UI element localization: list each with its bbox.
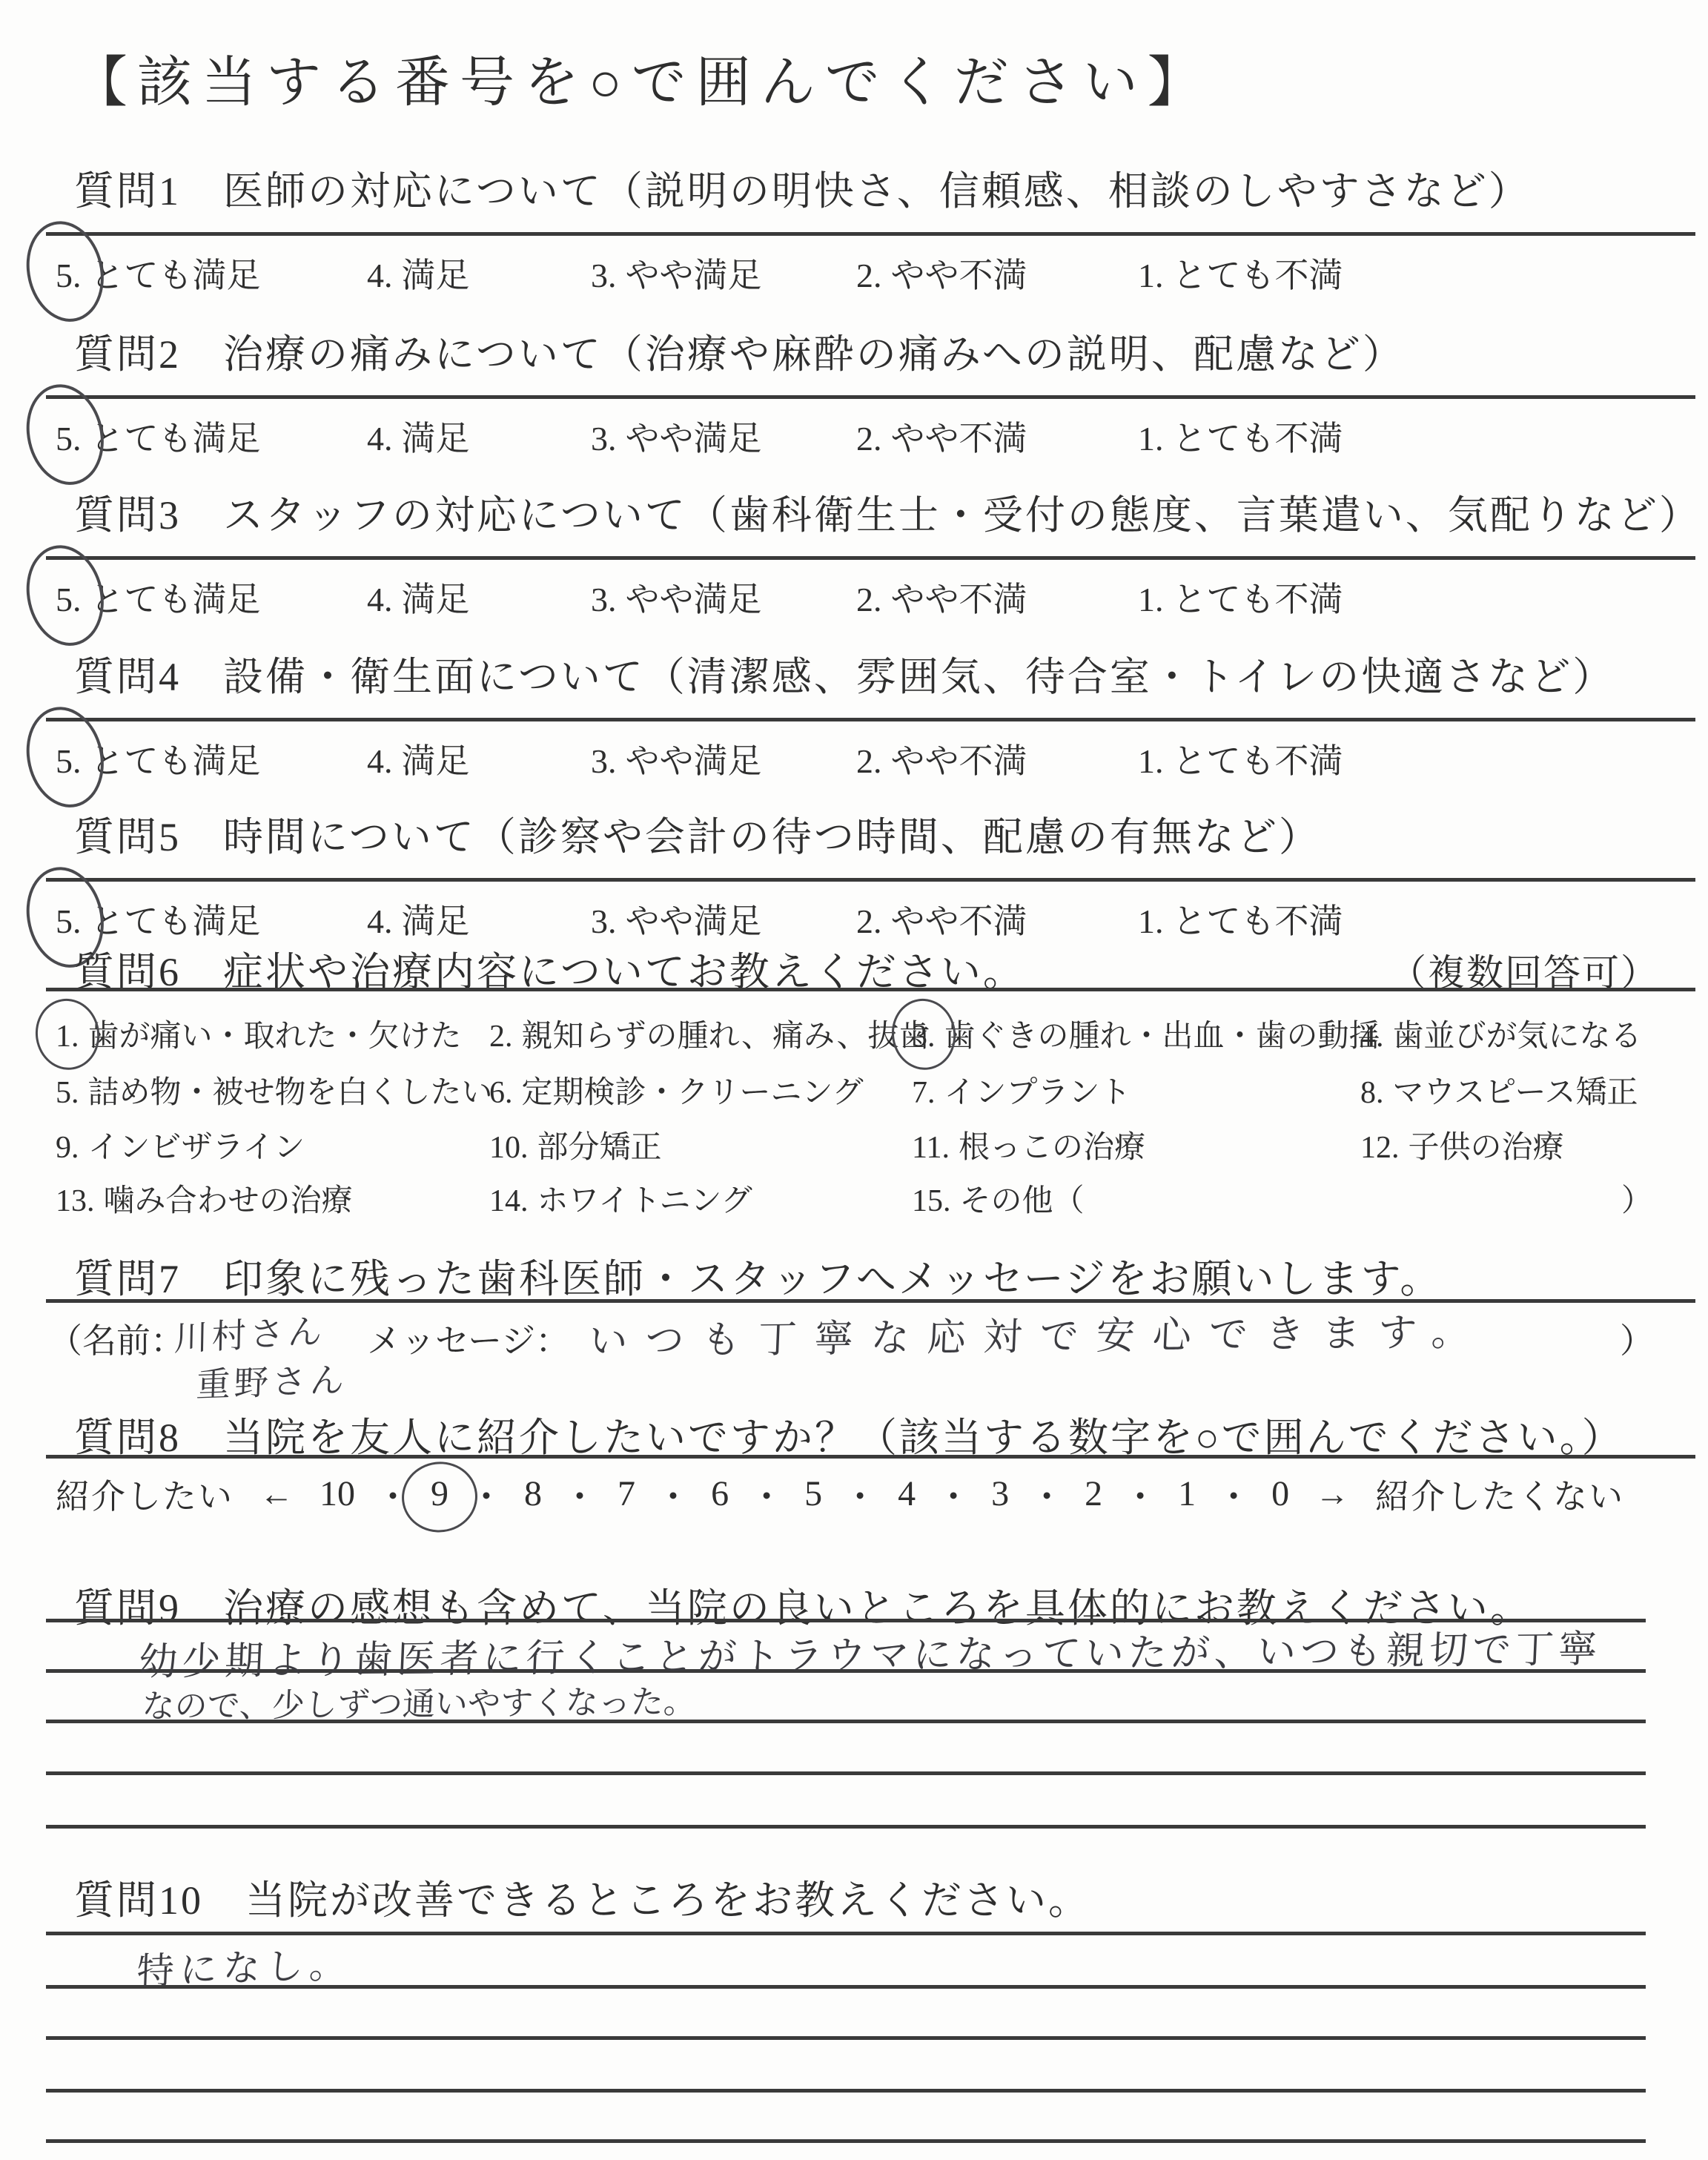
item-label: インプラント [944, 1076, 1131, 1110]
option-label: やや満足 [626, 257, 762, 294]
rating-option: 5.とても満足 [56, 894, 261, 943]
question-4-block: 質問4 設備・衛生面について（清潔感、雰囲気、待合室・トイレの快適さなど） 5.… [74, 645, 1638, 702]
handwritten-name-2: 重野さん [196, 1353, 349, 1407]
rating-option: 4.満足 [367, 412, 470, 460]
handdrawn-circle-mark: 9 [431, 1473, 448, 1514]
item-number: 5. [56, 1075, 79, 1111]
option-number: 3. [591, 580, 617, 619]
question-2-header: 質問2 治療の痛みについて（治療や麻酔の痛みへの説明、配慮など） [74, 323, 1638, 380]
option-label: とても不満 [1173, 902, 1343, 940]
other-option-close-paren: ） [1621, 1176, 1652, 1221]
symptom-item: 13.噛み合わせの治療 [56, 1176, 353, 1221]
item-number: 4. [1360, 1019, 1384, 1054]
name-field-label: （名前： [48, 1314, 185, 1363]
dot-separator: ・ [842, 1468, 878, 1519]
divider-line [46, 878, 1695, 882]
item-number: 15. [912, 1183, 951, 1219]
symptom-item: 15.その他（ [912, 1176, 1085, 1221]
option-number: 3. [591, 742, 617, 781]
option-number: 1. [1138, 580, 1164, 619]
dot-separator: ・ [375, 1468, 411, 1519]
handdrawn-circle-mark: 1. [56, 1019, 79, 1054]
rating-option: 2.やや不満 [856, 412, 1027, 460]
symptom-item: 2.親知らずの腫れ、痛み、抜歯 [489, 1011, 930, 1056]
option-number: 1. [1138, 902, 1164, 941]
item-label: 定期検診・クリーニング [522, 1076, 864, 1110]
symptom-item: 7.インプラント [912, 1068, 1131, 1112]
handwritten-message: いつも丁寧な応対で安心できます。 [588, 1301, 1489, 1366]
rating-option: 5.とても満足 [56, 412, 261, 460]
question-6-block: 質問6 症状や治療内容についてお教えください。 （複数回答可） ） 1.歯が痛い… [74, 940, 1638, 997]
item-number: 14. [489, 1183, 529, 1219]
scale-number: 8 [524, 1473, 542, 1514]
rating-option: 2.やや不満 [856, 248, 1027, 297]
scale-number: 1 [1178, 1473, 1196, 1514]
item-label: マウスピース矯正 [1393, 1076, 1638, 1110]
handwritten-name-1: 川村さん [173, 1304, 326, 1361]
item-label: 歯並びが気になる [1393, 1020, 1642, 1054]
dot-separator: ・ [1029, 1468, 1065, 1519]
option-label: 満足 [402, 742, 470, 780]
option-label: 満足 [402, 257, 470, 294]
dot-separator: ・ [749, 1468, 784, 1519]
rating-option: 4.満足 [367, 572, 470, 621]
rating-option: 3.やや満足 [591, 412, 762, 460]
item-number: 8. [1360, 1075, 1384, 1111]
ruled-line [46, 1932, 1646, 1935]
item-number: 11. [912, 1130, 950, 1166]
scale-number: 6 [711, 1473, 729, 1514]
ruled-line [46, 2089, 1646, 2093]
scale-number: 4 [898, 1473, 916, 1514]
rating-option: 2.やや不満 [856, 572, 1027, 621]
handdrawn-circle-mark: 5. [56, 256, 82, 295]
option-number: 2. [856, 256, 882, 295]
rating-option: 2.やや不満 [856, 894, 1027, 943]
item-label: 親知らずの腫れ、痛み、抜歯 [522, 1020, 930, 1054]
handwritten-answer-line: 幼少期より歯医者に行くことがトラウマになっていたが、いつも親切で丁寧 [138, 1617, 1603, 1685]
symptom-item: 5.詰め物・被せ物を白くしたい [56, 1068, 493, 1112]
scale-number: 5 [804, 1473, 822, 1514]
option-number: 4. [367, 256, 393, 295]
symptom-item: 11.根っこの治療 [912, 1123, 1145, 1167]
rating-option: 4.満足 [367, 894, 470, 943]
option-label: 満足 [402, 902, 470, 940]
option-label: やや満足 [626, 742, 762, 780]
item-number: 9. [56, 1130, 79, 1166]
question-10-header: 質問10 当院が改善できるところをお教えください。 [74, 1869, 1638, 1926]
option-number: 1. [1138, 742, 1164, 781]
option-number: 2. [856, 742, 882, 781]
question-8-block: 質問8 当院を友人に紹介したいですか？（該当する数字を○で囲んでください。） 紹… [74, 1406, 1638, 1463]
item-label: ホワイトニング [537, 1184, 752, 1218]
dot-separator: ・ [1122, 1468, 1158, 1519]
option-label: とても満足 [90, 902, 261, 940]
recommend-high-label: 紹介したい [56, 1470, 234, 1519]
divider-line [46, 395, 1695, 399]
option-number: 4. [367, 902, 393, 941]
question-9-block: 質問9 治療の感想も含めて、当院の良いところを具体的にお教えください。 幼少期よ… [74, 1576, 1638, 1634]
option-number: 3. [591, 256, 617, 295]
option-number: 2. [856, 902, 882, 941]
dot-separator: ・ [562, 1468, 598, 1519]
option-label: やや満足 [626, 420, 762, 458]
rating-option: 1.とても不満 [1138, 248, 1343, 297]
dot-separator: ・ [469, 1468, 504, 1519]
symptom-item: 3.歯ぐきの腫れ・出血・歯の動揺 [912, 1011, 1380, 1056]
ruled-line [46, 2036, 1646, 2040]
scale-number: 10 [320, 1473, 355, 1514]
option-number: 4. [367, 580, 393, 619]
item-number: 10. [489, 1130, 529, 1166]
option-label: やや満足 [626, 902, 762, 940]
handdrawn-circle-mark: 5. [56, 742, 82, 781]
item-label: 子供の治療 [1409, 1131, 1564, 1165]
symptom-item: 10.部分矯正 [489, 1123, 662, 1167]
symptom-item: 4.歯並びが気になる [1360, 1011, 1642, 1056]
divider-line [46, 1455, 1695, 1459]
rating-option: 4.満足 [367, 734, 470, 783]
divider-line [46, 988, 1695, 991]
recommend-scale-row: 紹介したい←10・9・8・7・6・5・4・3・2・1・0→紹介したくない [56, 1468, 1624, 1519]
option-label: やや不満 [891, 742, 1027, 780]
ruled-line [46, 1825, 1646, 1829]
question-2-block: 質問2 治療の痛みについて（治療や麻酔の痛みへの説明、配慮など） 5.とても満足… [74, 323, 1638, 380]
item-number: 13. [56, 1183, 95, 1219]
question-1-header: 質問1 医師の対応について（説明の明快さ、信頼感、相談のしやすさなど） [74, 159, 1638, 217]
symptom-item: 9.インビザライン [56, 1123, 305, 1167]
handwritten-answer-line: なので、少しずつ通いやすくなった。 [141, 1675, 697, 1728]
scale-number: 0 [1271, 1473, 1289, 1514]
question-3-block: 質問3 スタッフの対応について（歯科衛生士・受付の態度、言葉遣い、気配りなど） … [74, 483, 1638, 541]
item-label: 歯が痛い・取れた・欠けた [88, 1020, 462, 1054]
page-title: 【該当する番号を○で囲んでください】 [73, 39, 1212, 117]
divider-line [46, 232, 1695, 236]
option-label: とても不満 [1173, 742, 1343, 780]
rating-options-row: 5.とても満足4.満足3.やや満足2.やや不満1.とても不満 [56, 412, 1627, 471]
right-arrow-icon: → [1315, 1474, 1349, 1513]
rating-option: 3.やや満足 [591, 734, 762, 783]
question-7-header: 質問7 印象に残った歯科医師・スタッフへメッセージをお願いします。 [74, 1247, 1638, 1304]
left-arrow-icon: ← [259, 1474, 294, 1513]
question-5-block: 質問5 時間について（診察や会計の待つ時間、配慮の有無など） 5.とても満足4.… [74, 805, 1638, 862]
item-number: 12. [1360, 1130, 1400, 1166]
question-7-block: 質問7 印象に残った歯科医師・スタッフへメッセージをお願いします。 （名前： 川… [74, 1247, 1638, 1304]
option-number: 2. [856, 419, 882, 458]
question-10-block: 質問10 当院が改善できるところをお教えください。 特になし。 [74, 1869, 1638, 1926]
option-label: とても不満 [1173, 420, 1343, 458]
symptom-items-grid: ） 1.歯が痛い・取れた・欠けた2.親知らずの腫れ、痛み、抜歯3.歯ぐきの腫れ・… [56, 1005, 1657, 1250]
rating-option: 1.とても不満 [1138, 412, 1343, 460]
item-label: その他（ [960, 1184, 1085, 1218]
ruled-line [46, 2139, 1646, 2143]
option-label: とても満足 [90, 742, 261, 780]
ruled-line [46, 1771, 1646, 1775]
rating-option: 5.とても満足 [56, 734, 261, 783]
handdrawn-circle-mark: 5. [56, 902, 82, 941]
item-number: 6. [489, 1075, 513, 1111]
rating-option: 3.やや満足 [591, 248, 762, 297]
message-field-label: メッセージ： [367, 1314, 569, 1363]
item-label: 詰め物・被せ物を白くしたい [88, 1076, 493, 1110]
rating-option: 4.満足 [367, 248, 470, 297]
survey-sheet: 【該当する番号を○で囲んでください】 質問1 医師の対応について（説明の明快さ、… [0, 0, 1708, 2160]
handdrawn-circle-mark: 3. [912, 1019, 936, 1054]
question-1-block: 質問1 医師の対応について（説明の明快さ、信頼感、相談のしやすさなど） 5.とて… [74, 159, 1638, 217]
rating-option: 3.やや満足 [591, 894, 762, 943]
symptom-item: 1.歯が痛い・取れた・欠けた [56, 1011, 462, 1056]
divider-line [46, 718, 1695, 721]
rating-options-row: 5.とても満足4.満足3.やや満足2.やや不満1.とても不満 [56, 572, 1627, 632]
option-number: 1. [1138, 256, 1164, 295]
item-number: 2. [489, 1019, 513, 1054]
option-label: 満足 [402, 581, 470, 618]
item-label: 噛み合わせの治療 [104, 1184, 353, 1218]
item-label: 歯ぐきの腫れ・出血・歯の動揺 [944, 1020, 1380, 1054]
option-label: やや不満 [891, 257, 1027, 294]
rating-option: 1.とても不満 [1138, 894, 1343, 943]
scale-number: 2 [1085, 1473, 1102, 1514]
scale-number: 7 [618, 1473, 635, 1514]
option-number: 4. [367, 742, 393, 781]
item-label: インビザライン [88, 1131, 305, 1165]
rating-option: 5.とても満足 [56, 572, 261, 621]
option-number: 4. [367, 419, 393, 458]
rating-options-row: 5.とても満足4.満足3.やや満足2.やや不満1.とても不満 [56, 734, 1627, 793]
option-label: とても満足 [90, 420, 261, 458]
scale-number: 3 [991, 1473, 1009, 1514]
option-number: 3. [591, 419, 617, 458]
dot-separator: ・ [1216, 1468, 1251, 1519]
rating-options-row: 5.とても満足4.満足3.やや満足2.やや不満1.とても不満 [56, 248, 1627, 308]
question-3-header: 質問3 スタッフの対応について（歯科衛生士・受付の態度、言葉遣い、気配りなど） [74, 483, 1638, 541]
dot-separator: ・ [655, 1468, 691, 1519]
rating-option: 1.とても不満 [1138, 572, 1343, 621]
option-number: 1. [1138, 419, 1164, 458]
symptom-item: 8.マウスピース矯正 [1360, 1068, 1638, 1112]
item-label: 根っこの治療 [959, 1131, 1145, 1165]
recommend-low-label: 紹介したくない [1375, 1470, 1624, 1519]
option-label: やや不満 [891, 420, 1027, 458]
item-number: 7. [912, 1075, 936, 1111]
divider-line [46, 556, 1695, 560]
question-4-header: 質問4 設備・衛生面について（清潔感、雰囲気、待合室・トイレの快適さなど） [74, 645, 1638, 702]
option-label: やや満足 [626, 581, 762, 618]
rating-option: 3.やや満足 [591, 572, 762, 621]
option-label: とても満足 [90, 257, 261, 294]
option-label: とても不満 [1173, 257, 1343, 294]
option-number: 3. [591, 902, 617, 941]
option-number: 2. [856, 580, 882, 619]
symptom-item: 12.子供の治療 [1360, 1123, 1564, 1167]
option-label: やや不満 [891, 581, 1027, 618]
option-label: 満足 [402, 420, 470, 458]
option-label: やや不満 [891, 902, 1027, 940]
option-label: とても不満 [1173, 581, 1343, 618]
handwritten-answer-line: 特になし。 [136, 1935, 353, 1995]
closing-paren: ） [1620, 1314, 1654, 1363]
item-label: 部分矯正 [537, 1131, 662, 1165]
dot-separator: ・ [936, 1468, 971, 1519]
handdrawn-circle-mark: 5. [56, 580, 82, 619]
rating-option: 5.とても満足 [56, 248, 261, 297]
handdrawn-circle-mark: 5. [56, 419, 82, 458]
symptom-item: 6.定期検診・クリーニング [489, 1068, 864, 1112]
symptom-item: 14.ホワイトニング [489, 1176, 752, 1221]
rating-option: 2.やや不満 [856, 734, 1027, 783]
question-5-header: 質問5 時間について（診察や会計の待つ時間、配慮の有無など） [74, 805, 1638, 862]
option-label: とても満足 [90, 581, 261, 618]
rating-option: 1.とても不満 [1138, 734, 1343, 783]
